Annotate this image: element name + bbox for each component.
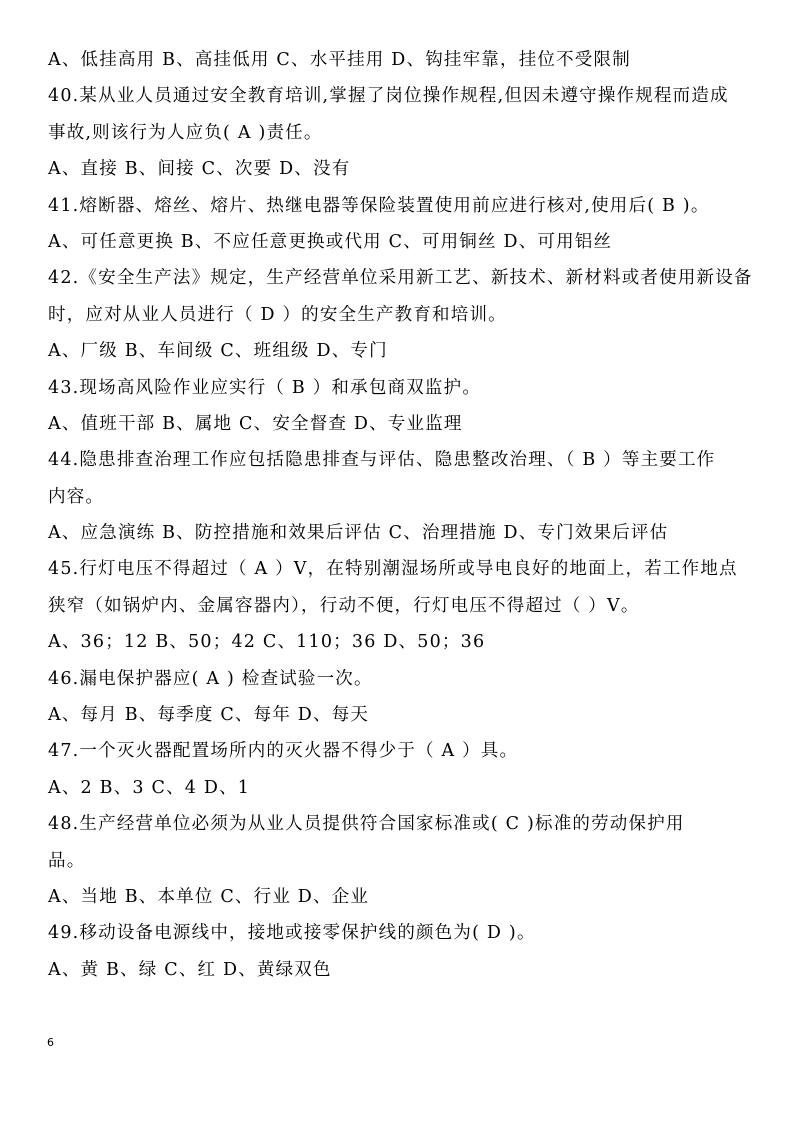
- question-48-cont: 品。: [48, 843, 748, 879]
- question-45-cont: 狭窄（如锅炉内、金属容器内），行动不便，行灯电压不得超过（ ）V。: [48, 588, 748, 624]
- question-40-cont: 事故,则该行为人应负( A )责任。: [48, 115, 748, 151]
- question-44-cont: 内容。: [48, 479, 748, 515]
- document-body: A、低挂高用 B、高挂低用 C、水平挂用 D、钩挂牢靠，挂位不受限制 40.某从…: [48, 42, 748, 988]
- options-line-46: A、每月 B、每季度 C、每年 D、每天: [48, 697, 748, 733]
- question-49: 49.移动设备电源线中，接地或接零保护线的颜色为( D )。: [48, 915, 748, 951]
- question-42-cont: 时，应对从业人员进行（ D ）的安全生产教育和培训。: [48, 297, 748, 333]
- question-45: 45.行灯电压不得超过（ A ）V，在特别潮湿场所或导电良好的地面上，若工作地点: [48, 551, 748, 587]
- question-43: 43.现场高风险作业应实行（ B ）和承包商双监护。: [48, 370, 748, 406]
- question-48: 48.生产经营单位必须为从业人员提供符合国家标准或( C )标准的劳动保护用: [48, 806, 748, 842]
- options-line-40: A、直接 B、间接 C、次要 D、没有: [48, 151, 748, 187]
- options-line-48: A、当地 B、本单位 C、行业 D、企业: [48, 879, 748, 915]
- question-40: 40.某从业人员通过安全教育培训,掌握了岗位操作规程,但因未遵守操作规程而造成: [48, 78, 748, 114]
- options-line-42: A、厂级 B、车间级 C、班组级 D、专门: [48, 333, 748, 369]
- options-line-49: A、黄 B、绿 C、红 D、黄绿双色: [48, 952, 748, 988]
- question-42: 42.《安全生产法》规定，生产经营单位采用新工艺、新技术、新材料或者使用新设备: [48, 260, 748, 296]
- page-number: 6: [47, 1036, 54, 1049]
- options-line-45: A、36；12 B、50；42 C、110；36 D、50；36: [48, 624, 748, 660]
- options-line-47: A、2 B、3 C、4 D、1: [48, 770, 748, 806]
- options-line-41: A、可任意更换 B、不应任意更换或代用 C、可用铜丝 D、可用铝丝: [48, 224, 748, 260]
- options-line-44: A、应急演练 B、防控措施和效果后评估 C、治理措施 D、专门效果后评估: [48, 515, 748, 551]
- question-47: 47.一个灭火器配置场所内的灭火器不得少于（ A ）具。: [48, 733, 748, 769]
- question-46: 46.漏电保护器应( A ) 检查试验一次。: [48, 661, 748, 697]
- options-line-39: A、低挂高用 B、高挂低用 C、水平挂用 D、钩挂牢靠，挂位不受限制: [48, 42, 748, 78]
- question-44: 44.隐患排查治理工作应包括隐患排查与评估、隐患整改治理、（ B ）等主要工作: [48, 442, 748, 478]
- question-41: 41.熔断器、熔丝、熔片、热继电器等保险装置使用前应进行核对,使用后( B )。: [48, 188, 748, 224]
- options-line-43: A、值班干部 B、属地 C、安全督查 D、专业监理: [48, 406, 748, 442]
